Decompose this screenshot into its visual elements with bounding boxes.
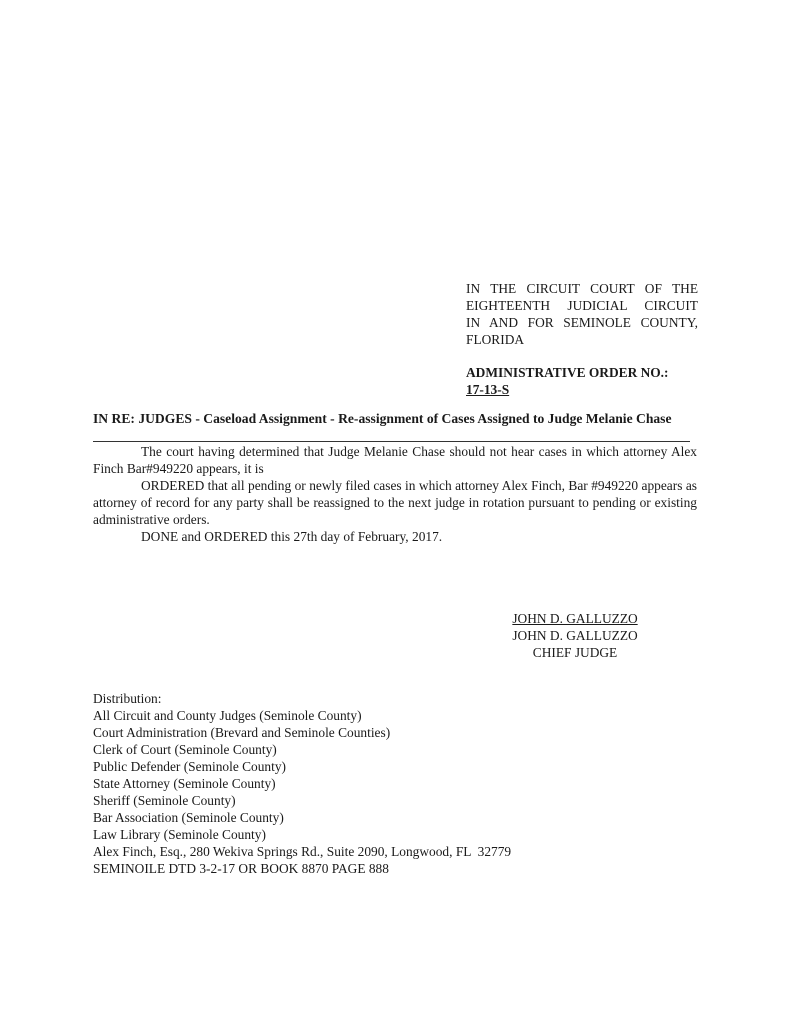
- body-paragraph: The court having determined that Judge M…: [93, 443, 697, 477]
- in-re-heading: IN RE: JUDGES - Caseload Assignment - Re…: [93, 410, 672, 427]
- body-paragraph: ORDERED that all pending or newly filed …: [93, 477, 697, 528]
- horizontal-rule: [93, 441, 690, 442]
- distribution-item: Sheriff (Seminole County): [93, 792, 511, 809]
- distribution-item: Clerk of Court (Seminole County): [93, 741, 511, 758]
- body-paragraph: DONE and ORDERED this 27th day of Februa…: [93, 528, 697, 545]
- signature-block: JOHN D. GALLUZZO JOHN D. GALLUZZO CHIEF …: [500, 610, 650, 661]
- distribution-item: State Attorney (Seminole County): [93, 775, 511, 792]
- distribution-item: All Circuit and County Judges (Seminole …: [93, 707, 511, 724]
- order-body: The court having determined that Judge M…: [93, 443, 697, 545]
- distribution-item: Bar Association (Seminole County): [93, 809, 511, 826]
- distribution-item: Alex Finch, Esq., 280 Wekiva Springs Rd.…: [93, 843, 511, 860]
- order-label: ADMINISTRATIVE ORDER NO.:: [466, 365, 669, 380]
- distribution-item: Law Library (Seminole County): [93, 826, 511, 843]
- distribution-list: Distribution: All Circuit and County Jud…: [93, 690, 511, 877]
- distribution-item: Public Defender (Seminole County): [93, 758, 511, 775]
- administrative-order-number: ADMINISTRATIVE ORDER NO.: 17-13-S: [466, 364, 669, 398]
- recording-stamp: SEMINOILE DTD 3-2-17 OR BOOK 8870 PAGE 8…: [93, 860, 511, 877]
- printed-name: JOHN D. GALLUZZO: [500, 627, 650, 644]
- judge-title: CHIEF JUDGE: [500, 644, 650, 661]
- court-caption: IN THE CIRCUIT COURT OF THE EIGHTEENTH J…: [466, 280, 698, 348]
- caption-line: EIGHTEENTH JUDICIAL CIRCUIT: [466, 297, 698, 314]
- caption-line: FLORIDA: [466, 331, 698, 348]
- order-number: 17-13-S: [466, 381, 669, 398]
- signature-line: JOHN D. GALLUZZO: [500, 610, 650, 627]
- distribution-item: Court Administration (Brevard and Semino…: [93, 724, 511, 741]
- distribution-heading: Distribution:: [93, 690, 511, 707]
- caption-line: IN THE CIRCUIT COURT OF THE: [466, 280, 698, 297]
- caption-line: IN AND FOR SEMINOLE COUNTY,: [466, 314, 698, 331]
